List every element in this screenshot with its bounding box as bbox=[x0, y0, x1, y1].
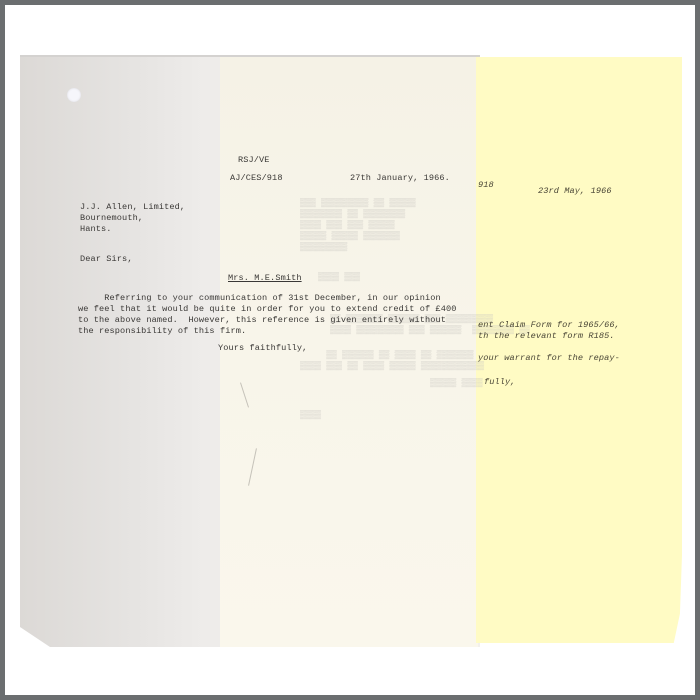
letter2-body-1: ent Claim Form for 1965/66, bbox=[478, 320, 620, 331]
letter2-body-2: th the relevant form R185. bbox=[478, 331, 615, 342]
body-line-2: we feel that it would be quite in order … bbox=[78, 304, 457, 315]
letter2-body-3: your warrant for the repay- bbox=[478, 353, 620, 364]
recipient-line-2: Bournemouth, bbox=[80, 213, 143, 224]
closing: Yours faithfully, bbox=[218, 343, 307, 354]
show-through-line-2: ▒▒ ▒▒▒▒▒▒ ▒▒ ▒▒▒▒ ▒▒ ▒▒▒▒▒▒▒ ▒▒▒▒ ▒▒▒ ▒▒… bbox=[300, 350, 484, 372]
reference-1: RSJ/VE bbox=[238, 155, 270, 166]
letter2-reference: 918 bbox=[478, 180, 494, 191]
recipient-line-3: Hants. bbox=[80, 224, 112, 235]
subject-line: Mrs. M.E.Smith bbox=[228, 273, 302, 284]
salutation: Dear Sirs, bbox=[80, 254, 133, 265]
body-line-1: Referring to your communication of 31st … bbox=[78, 293, 441, 304]
letter2-date: 23rd May, 1966 bbox=[538, 186, 612, 197]
body-line-3: to the above named. However, this refere… bbox=[78, 315, 446, 326]
reference-2: AJ/CES/918 bbox=[230, 173, 283, 184]
body-line-4: the responsibility of this firm. bbox=[78, 326, 246, 337]
show-through-salutation: ▒▒▒▒ ▒▒▒ bbox=[318, 272, 360, 283]
recipient-line-1: J.J. Allen, Limited, bbox=[80, 202, 185, 213]
punch-hole-icon bbox=[67, 88, 81, 102]
show-through-address: ▒▒▒ ▒▒▒▒▒▒▒▒▒ ▒▒ ▒▒▒▒▒ ▒▒▒▒▒▒▒▒ ▒▒ ▒▒▒▒▒… bbox=[300, 198, 416, 253]
letter-date: 27th January, 1966. bbox=[350, 173, 450, 184]
letter-yellow-paper bbox=[476, 57, 682, 643]
show-through-encl: ▒▒▒▒ bbox=[300, 410, 321, 421]
letter2-closing: fully, bbox=[484, 377, 516, 388]
show-through-closing: ▒▒▒▒▒ ▒▒▒▒ bbox=[430, 378, 483, 389]
